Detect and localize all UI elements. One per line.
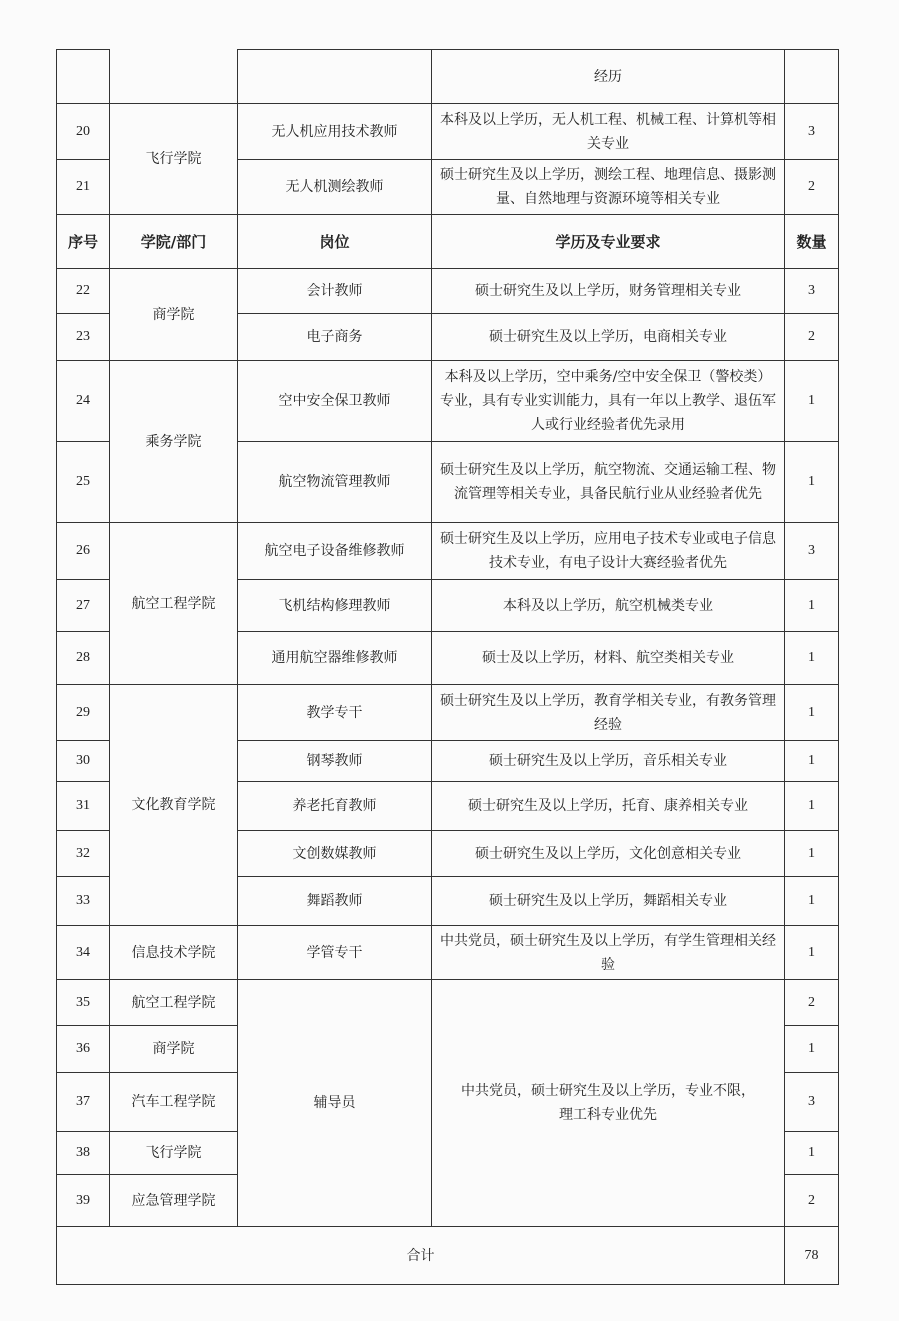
cell-position: 文创数媒教师 (238, 831, 432, 877)
cell-requirement: 硕士研究生及以上学历，教育学相关专业，有教务管理经验 (432, 685, 785, 741)
header-position: 岗位 (238, 215, 432, 269)
cell-count: 3 (785, 1073, 839, 1132)
cell-requirement: 本科及以上学历，无人机工程、机械工程、计算机等相关专业 (432, 104, 785, 160)
cell-count: 1 (785, 685, 839, 741)
cell-requirement: 中共党员，硕士研究生及以上学历，有学生管理相关经验 (432, 926, 785, 980)
header-index: 序号 (57, 215, 110, 269)
cell-position: 无人机应用技术教师 (238, 104, 432, 160)
cell-requirement: 硕士研究生及以上学历，应用电子技术专业或电子信息技术专业，有电子设计大赛经验者优… (432, 523, 785, 580)
cell-position: 教学专干 (238, 685, 432, 741)
cell-department: 应急管理学院 (110, 1175, 238, 1227)
table-row: 35 航空工程学院 辅导员 中共党员，硕士研究生及以上学历，专业不限， 理工科专… (57, 980, 839, 1026)
table-row: 24 乘务学院 空中安全保卫教师 本科及以上学历，空中乘务/空中安全保卫（警校类… (57, 361, 839, 442)
recruitment-table: 经历 20 飞行学院 无人机应用技术教师 本科及以上学历，无人机工程、机械工程、… (56, 49, 839, 1285)
cell-count: 3 (785, 269, 839, 314)
cell-department: 汽车工程学院 (110, 1073, 238, 1132)
cell-requirement: 硕士研究生及以上学历，音乐相关专业 (432, 741, 785, 782)
cell-count: 1 (785, 1132, 839, 1175)
cell-count: 1 (785, 1026, 839, 1073)
cell-position (238, 50, 432, 104)
cell-count: 1 (785, 361, 839, 442)
cell-department: 飞行学院 (110, 1132, 238, 1175)
cell-index: 22 (57, 269, 110, 314)
cell-department: 飞行学院 (110, 104, 238, 215)
cell-count: 1 (785, 632, 839, 685)
cell-count: 2 (785, 1175, 839, 1227)
cell-index: 25 (57, 442, 110, 523)
cell-position: 会计教师 (238, 269, 432, 314)
cell-index: 26 (57, 523, 110, 580)
total-label: 合计 (57, 1227, 785, 1285)
cell-position: 通用航空器维修教师 (238, 632, 432, 685)
cell-requirement: 硕士研究生及以上学历，财务管理相关专业 (432, 269, 785, 314)
cell-requirement: 本科及以上学历，航空机械类专业 (432, 580, 785, 632)
cell-count: 3 (785, 104, 839, 160)
cell-requirement: 硕士研究生及以上学历，电商相关专业 (432, 314, 785, 361)
cell-requirement: 硕士研究生及以上学历，托育、康养相关专业 (432, 782, 785, 831)
cell-requirement: 本科及以上学历，空中乘务/空中安全保卫（警校类）专业，具有专业实训能力，具有一年… (432, 361, 785, 442)
cell-requirement: 硕士研究生及以上学历，测绘工程、地理信息、摄影测量、自然地理与资源环境等相关专业 (432, 160, 785, 215)
cell-index: 20 (57, 104, 110, 160)
cell-index: 28 (57, 632, 110, 685)
cell-count: 1 (785, 782, 839, 831)
cell-count: 2 (785, 980, 839, 1026)
cell-count: 1 (785, 741, 839, 782)
header-department: 学院/部门 (110, 215, 238, 269)
table-total-row: 合计 78 (57, 1227, 839, 1285)
cell-department: 商学院 (110, 269, 238, 361)
cell-requirement: 硕士研究生及以上学历，文化创意相关专业 (432, 831, 785, 877)
table-row-continuation: 经历 (57, 50, 839, 104)
cell-position: 学管专干 (238, 926, 432, 980)
cell-count: 1 (785, 877, 839, 926)
cell-requirement-counselor: 中共党员，硕士研究生及以上学历，专业不限， 理工科专业优先 (432, 980, 785, 1227)
cell-index: 33 (57, 877, 110, 926)
cell-department: 乘务学院 (110, 361, 238, 523)
cell-index: 27 (57, 580, 110, 632)
cell-position: 空中安全保卫教师 (238, 361, 432, 442)
cell-position: 无人机测绘教师 (238, 160, 432, 215)
header-requirement: 学历及专业要求 (432, 215, 785, 269)
table-header-row: 序号 学院/部门 岗位 学历及专业要求 数量 (57, 215, 839, 269)
cell-requirement: 硕士研究生及以上学历，航空物流、交通运输工程、物流管理等相关专业，具备民航行业从… (432, 442, 785, 523)
cell-count: 2 (785, 160, 839, 215)
cell-department: 商学院 (110, 1026, 238, 1073)
cell-position: 航空电子设备维修教师 (238, 523, 432, 580)
cell-position: 舞蹈教师 (238, 877, 432, 926)
table-row: 29 文化教育学院 教学专干 硕士研究生及以上学历，教育学相关专业，有教务管理经… (57, 685, 839, 741)
cell-index: 29 (57, 685, 110, 741)
cell-department: 文化教育学院 (110, 685, 238, 926)
header-count: 数量 (785, 215, 839, 269)
cell-position: 电子商务 (238, 314, 432, 361)
total-count: 78 (785, 1227, 839, 1285)
cell-index: 37 (57, 1073, 110, 1132)
cell-index (57, 50, 110, 104)
cell-count: 3 (785, 523, 839, 580)
table-row: 20 飞行学院 无人机应用技术教师 本科及以上学历，无人机工程、机械工程、计算机… (57, 104, 839, 160)
cell-count (785, 50, 839, 104)
cell-index: 23 (57, 314, 110, 361)
cell-index: 34 (57, 926, 110, 980)
cell-index: 24 (57, 361, 110, 442)
cell-position: 飞机结构修理教师 (238, 580, 432, 632)
cell-index: 32 (57, 831, 110, 877)
cell-count: 1 (785, 831, 839, 877)
cell-requirement: 经历 (432, 50, 785, 104)
table-row: 22 商学院 会计教师 硕士研究生及以上学历，财务管理相关专业 3 (57, 269, 839, 314)
cell-index: 36 (57, 1026, 110, 1073)
cell-index: 35 (57, 980, 110, 1026)
cell-position: 钢琴教师 (238, 741, 432, 782)
cell-department: 航空工程学院 (110, 980, 238, 1026)
cell-count: 1 (785, 580, 839, 632)
cell-department: 航空工程学院 (110, 523, 238, 685)
counselor-req-line1: 中共党员，硕士研究生及以上学历，专业不限， (440, 1079, 776, 1103)
counselor-req-line2: 理工科专业优先 (440, 1103, 776, 1127)
cell-position: 航空物流管理教师 (238, 442, 432, 523)
cell-index: 21 (57, 160, 110, 215)
cell-index: 31 (57, 782, 110, 831)
cell-count: 1 (785, 442, 839, 523)
cell-position: 养老托育教师 (238, 782, 432, 831)
cell-index: 39 (57, 1175, 110, 1227)
cell-position-counselor: 辅导员 (238, 980, 432, 1227)
cell-index: 30 (57, 741, 110, 782)
cell-count: 1 (785, 926, 839, 980)
cell-index: 38 (57, 1132, 110, 1175)
cell-requirement: 硕士研究生及以上学历，舞蹈相关专业 (432, 877, 785, 926)
table-row: 26 航空工程学院 航空电子设备维修教师 硕士研究生及以上学历，应用电子技术专业… (57, 523, 839, 580)
cell-count: 2 (785, 314, 839, 361)
table-row: 34 信息技术学院 学管专干 中共党员，硕士研究生及以上学历，有学生管理相关经验… (57, 926, 839, 980)
cell-department: 信息技术学院 (110, 926, 238, 980)
cell-department (110, 50, 238, 104)
cell-requirement: 硕士及以上学历，材料、航空类相关专业 (432, 632, 785, 685)
